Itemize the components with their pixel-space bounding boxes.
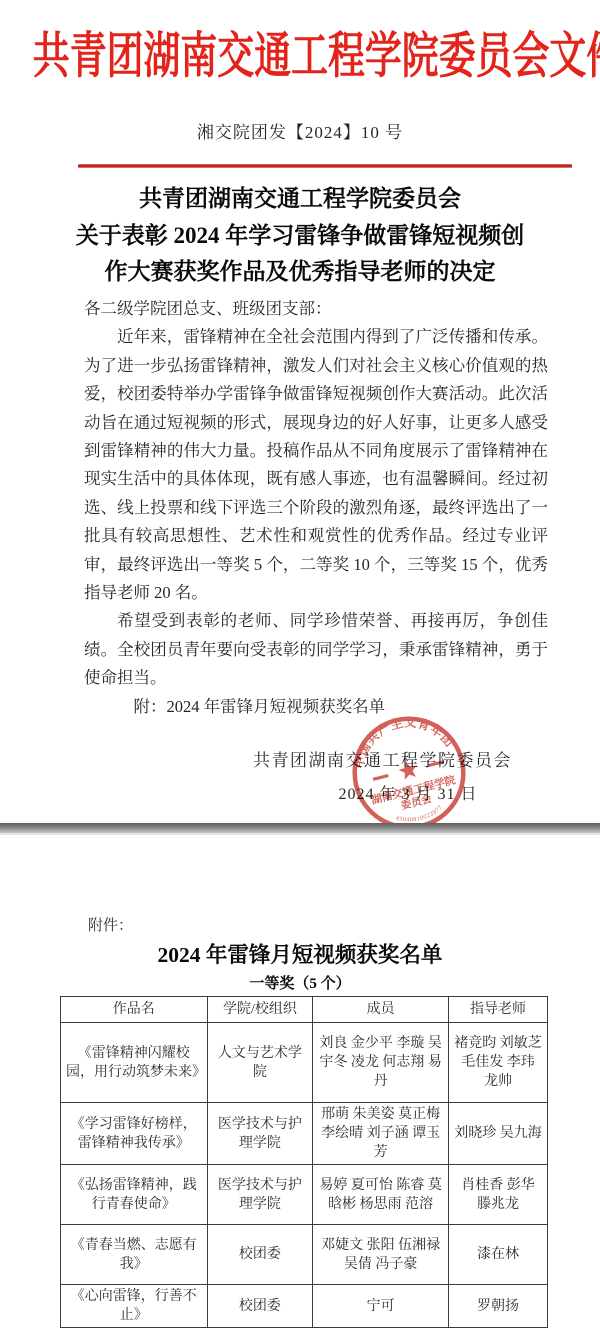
awards-table: 作品名 学院/校组织 成员 指导老师 《雷锋精神闪耀校园，用行动筑梦未来》 人文… xyxy=(60,996,548,1328)
table-row: 《学习雷锋好榜样，雷锋精神我传承》 医学技术与护理学院 邢萌 朱美姿 莫正梅 李… xyxy=(61,1103,548,1165)
seal-dash-left xyxy=(373,774,389,781)
doc-number: 湘交院团发【2024】10 号 xyxy=(0,118,600,143)
paragraph-1: 近年来，雷锋精神在全社会范围内得到了广泛传播和传承。为了进一步弘扬雷锋精神，激发… xyxy=(84,323,548,607)
cell-members: 易婷 夏可怡 陈睿 莫晗彬 杨思雨 范溶 xyxy=(313,1165,449,1225)
title-line-1: 共青团湖南交通工程学院委员会 xyxy=(0,181,600,218)
table-row: 《心向雷锋，行善不止》 校团委 宁可 罗朝扬 xyxy=(61,1285,548,1328)
cell-college: 校团委 xyxy=(207,1225,313,1285)
title-line-3: 作大赛获奖作品及优秀指导老师的决定 xyxy=(0,254,600,291)
cell-college: 医学技术与护理学院 xyxy=(207,1165,313,1225)
col-header-college: 学院/校组织 xyxy=(207,997,313,1023)
cell-work-title: 《心向雷锋，行善不止》 xyxy=(61,1285,208,1328)
seal-dash-right xyxy=(428,760,444,767)
cell-college: 校团委 xyxy=(207,1285,313,1328)
cell-work-title: 《学习雷锋好榜样，雷锋精神我传承》 xyxy=(61,1103,208,1165)
letterhead: 共青团湖南交通工程学院委员会文件 xyxy=(0,22,600,81)
star-icon xyxy=(397,759,419,781)
cell-college: 医学技术与护理学院 xyxy=(207,1103,313,1165)
document-body: 各二级学院团总支、班级团支部： 近年来，雷锋精神在全社会范围内得到了广泛传播和传… xyxy=(84,295,548,721)
paragraph-2: 希望受到表彰的老师、同学珍惜荣誉、再接再厉，争创佳绩。全校团员青年要向受表彰的同… xyxy=(84,607,548,692)
table-row: 《弘扬雷锋精神，践行青春使命》 医学技术与护理学院 易婷 夏可怡 陈睿 莫晗彬 … xyxy=(61,1165,548,1225)
col-header-advisors: 指导老师 xyxy=(449,997,548,1023)
attachment-title: 2024 年雷锋月短视频获奖名单 xyxy=(0,938,600,969)
attachment-subtitle: 一等奖（5 个） xyxy=(0,972,600,993)
table-header-row: 作品名 学院/校组织 成员 指导老师 xyxy=(61,997,548,1023)
cell-members: 宁可 xyxy=(313,1285,449,1328)
attachment-note: 附：2024 年雷锋月短视频获奖名单 xyxy=(84,693,548,721)
letterhead-title: 共青团湖南交通工程学院委员会文件 xyxy=(33,16,600,87)
title-line-2: 关于表彰 2024 年学习雷锋争做雷锋短视频创 xyxy=(0,218,600,255)
salutation: 各二级学院团总支、班级团支部： xyxy=(84,295,548,323)
cell-college: 人文与艺术学院 xyxy=(207,1023,313,1103)
cell-members: 邢萌 朱美姿 莫正梅 李绘晴 刘子涵 谭玉芳 xyxy=(313,1103,449,1165)
document-title: 共青团湖南交通工程学院委员会 关于表彰 2024 年学习雷锋争做雷锋短视频创 作… xyxy=(0,181,600,291)
attachment-label: 附件： xyxy=(88,914,133,935)
table-row: 《青春当燃、志愿有我》 校团委 邓婕文 张阳 伍湘禄 吴倩 冯子豪 漆在林 xyxy=(61,1225,548,1285)
cell-members: 刘良 金少平 李璇 吴宇冬 凌龙 何志翔 易丹 xyxy=(313,1023,449,1103)
document-page: 共青团湖南交通工程学院委员会文件 湘交院团发【2024】10 号 共青团湖南交通… xyxy=(0,0,600,1343)
cell-work-title: 《青春当燃、志愿有我》 xyxy=(61,1225,208,1285)
col-header-members: 成员 xyxy=(313,997,449,1023)
cell-advisors: 罗朝扬 xyxy=(449,1285,548,1328)
cell-members: 邓婕文 张阳 伍湘禄 吴倩 冯子豪 xyxy=(313,1225,449,1285)
cell-advisors: 褚竞昀 刘敏芝 毛佳发 李玮 龙帅 xyxy=(449,1023,548,1103)
cell-advisors: 漆在林 xyxy=(449,1225,548,1285)
cell-advisors: 肖桂香 彭华 滕兆龙 xyxy=(449,1165,548,1225)
col-header-work-title: 作品名 xyxy=(61,997,208,1023)
red-divider-line xyxy=(78,164,572,168)
cell-work-title: 《弘扬雷锋精神，践行青春使命》 xyxy=(61,1165,208,1225)
page-separator-bar xyxy=(0,823,600,835)
cell-work-title: 《雷锋精神闪耀校园，用行动筑梦未来》 xyxy=(61,1023,208,1103)
cell-advisors: 刘晓珍 吴九海 xyxy=(449,1103,548,1165)
table-row: 《雷锋精神闪耀校园，用行动筑梦未来》 人文与艺术学院 刘良 金少平 李璇 吴宇冬… xyxy=(61,1023,548,1103)
